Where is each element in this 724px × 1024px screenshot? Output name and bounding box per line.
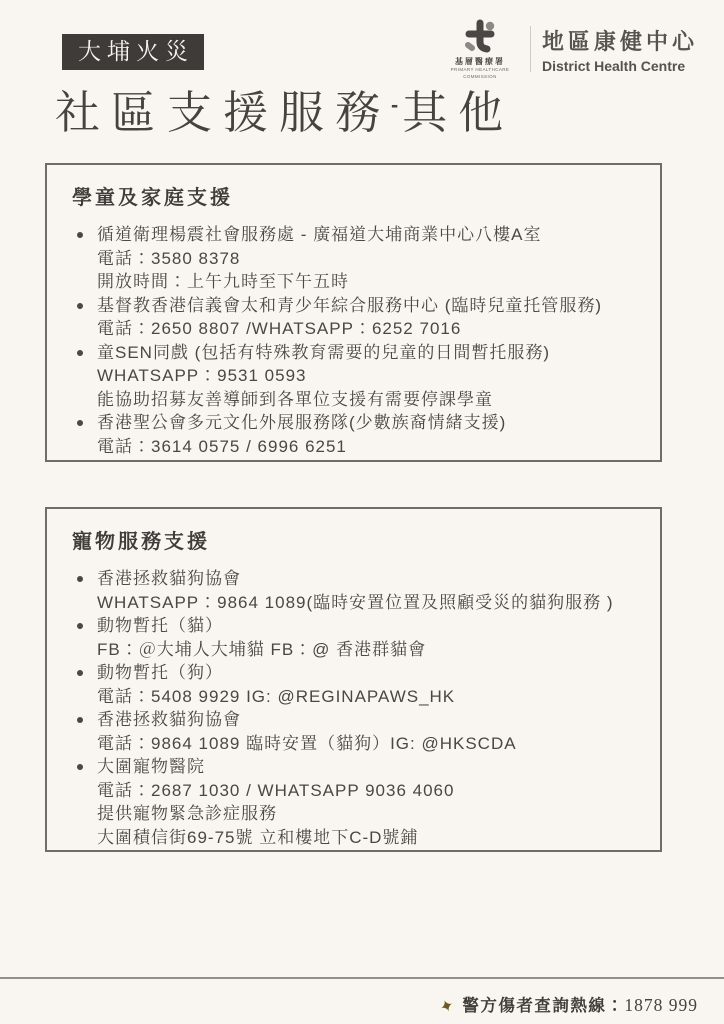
list-item-line: 動物暫托（狗）	[97, 661, 642, 685]
section-list: 循道衛理楊震社會服務處 - 廣福道大埔商業中心八樓A室電話：3580 8378開…	[72, 223, 642, 458]
centre-name-zh: 地區康健中心	[542, 25, 698, 56]
list-item-line: 電話：5408 9929 IG: @REGINAPAWS_HK	[97, 685, 642, 709]
list-item-line: 大圍寵物醫院	[97, 755, 642, 779]
list-item: 香港拯救貓狗協會WHATSAPP：9864 1089(臨時安置位置及照顧受災的貓…	[72, 567, 642, 614]
list-item-line: 電話：2650 8807 /WHATSAPP：6252 7016	[97, 317, 642, 341]
list-item-line: 電話：3614 0575 / 6996 6251	[97, 435, 642, 459]
list-item: 動物暫托（狗）電話：5408 9929 IG: @REGINAPAWS_HK	[72, 661, 642, 708]
list-item-line: FB：＠大埔人大埔貓 FB：@ 香港群貓會	[97, 638, 642, 662]
primary-healthcare-commission-block: 基層醫療署 PRIMARY HEALTHCARE COMMISSION	[441, 18, 519, 81]
section-heading: 學童及家庭支援	[72, 181, 642, 210]
section-box: 學童及家庭支援循道衛理楊震社會服務處 - 廣福道大埔商業中心八樓A室電話：358…	[45, 163, 662, 462]
list-item-line: WHATSAPP：9531 0593	[97, 364, 642, 388]
footer: ✦警方傷者查詢熱線：1878 999	[0, 977, 724, 1017]
list-item-line: 能協助招募友善導師到各單位支援有需要停課學童	[97, 388, 642, 412]
list-item-line: 提供寵物緊急診症服務	[97, 802, 642, 826]
list-item-line: 大圍積信街69-75號 立和樓地下C-D號鋪	[97, 826, 642, 850]
district-health-centre-logo: 基層醫療署 PRIMARY HEALTHCARE COMMISSION 地區康健…	[441, 18, 698, 81]
poster-page: 大埔火災 基層醫療署 PRIMARY HEALTHCARE COMMISSION…	[0, 0, 724, 1024]
list-item: 香港拯救貓狗協會電話：9864 1089 臨時安置（貓狗）IG: @HKSCDA	[72, 708, 642, 755]
page-title-suffix: 其他	[402, 87, 514, 138]
list-item: 香港聖公會多元文化外展服務隊(少數族裔情緒支援)電話：3614 0575 / 6…	[72, 411, 642, 458]
event-badge: 大埔火災	[62, 34, 204, 70]
police-hotline-number: 1878 999	[624, 995, 698, 1015]
commission-name-en-line1: PRIMARY HEALTHCARE	[441, 67, 519, 74]
police-hotline-label: 警方傷者查詢熱線：	[462, 997, 624, 1015]
phc-logo-mark-icon	[460, 18, 500, 54]
list-item-line: WHATSAPP：9864 1089(臨時安置位置及照顧受災的貓狗服務 )	[97, 591, 642, 615]
page-title-separator: -	[391, 92, 398, 117]
section-box: 寵物服務支援香港拯救貓狗協會WHATSAPP：9864 1089(臨時安置位置及…	[45, 507, 662, 852]
list-item-line: 電話：3580 8378	[97, 247, 642, 271]
centre-name-block: 地區康健中心 District Health Centre	[542, 25, 698, 74]
list-item: 基督教香港信義會太和青少年綜合服務中心 (臨時兒童托管服務)電話：2650 88…	[72, 294, 642, 341]
list-item-line: 香港拯救貓狗協會	[97, 567, 642, 591]
list-item-line: 電話：2687 1030 / WHATSAPP 9036 4060	[97, 779, 642, 803]
list-item-line: 童SEN同戲 (包括有特殊教育需要的兒童的日間暫托服務)	[97, 341, 642, 365]
centre-name-en: District Health Centre	[542, 58, 698, 74]
logo-divider	[530, 26, 531, 72]
page-title-main: 社區支援服務	[55, 87, 391, 138]
list-item-line: 香港聖公會多元文化外展服務隊(少數族裔情緒支援)	[97, 411, 642, 435]
sparkle-star-icon: ✦	[437, 995, 458, 1019]
list-item-line: 開放時間：上午九時至下午五時	[97, 270, 642, 294]
page-title: 社區支援服務-其他	[55, 76, 514, 141]
list-item-line: 香港拯救貓狗協會	[97, 708, 642, 732]
sections-container: 學童及家庭支援循道衛理楊震社會服務處 - 廣福道大埔商業中心八樓A室電話：358…	[45, 163, 662, 852]
list-item-line: 基督教香港信義會太和青少年綜合服務中心 (臨時兒童托管服務)	[97, 294, 642, 318]
section-list: 香港拯救貓狗協會WHATSAPP：9864 1089(臨時安置位置及照顧受災的貓…	[72, 567, 642, 849]
list-item: 大圍寵物醫院電話：2687 1030 / WHATSAPP 9036 4060提…	[72, 755, 642, 849]
list-item: 童SEN同戲 (包括有特殊教育需要的兒童的日間暫托服務)WHATSAPP：953…	[72, 341, 642, 412]
section-heading: 寵物服務支援	[72, 525, 642, 554]
list-item-line: 電話：9864 1089 臨時安置（貓狗）IG: @HKSCDA	[97, 732, 642, 756]
list-item-line: 動物暫托（貓）	[97, 614, 642, 638]
list-item: 循道衛理楊震社會服務處 - 廣福道大埔商業中心八樓A室電話：3580 8378開…	[72, 223, 642, 294]
list-item-line: 循道衛理楊震社會服務處 - 廣福道大埔商業中心八樓A室	[97, 223, 642, 247]
commission-name-zh: 基層醫療署	[441, 56, 519, 67]
list-item: 動物暫托（貓）FB：＠大埔人大埔貓 FB：@ 香港群貓會	[72, 614, 642, 661]
